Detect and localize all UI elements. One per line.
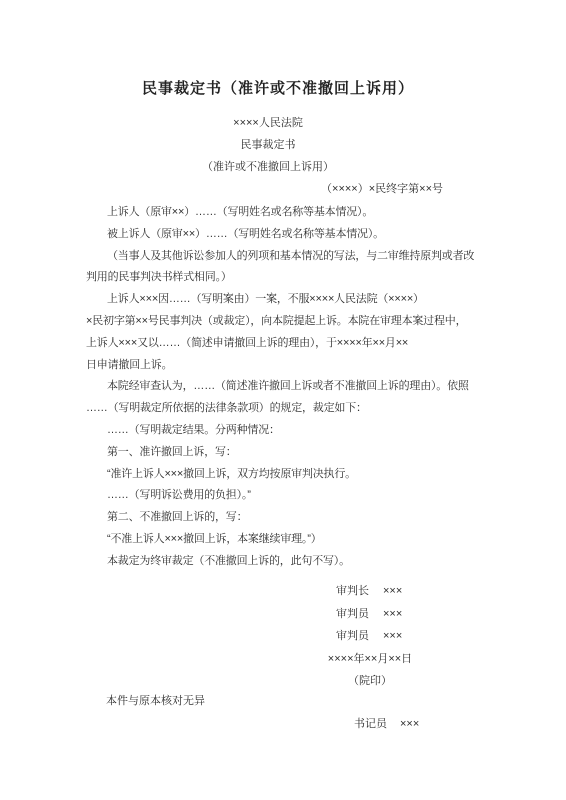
body-line: “准许上诉人×××撤回上诉，双方均按原审判决执行。 bbox=[86, 464, 476, 486]
body-line: 日申请撤回上诉。 bbox=[86, 355, 476, 377]
presiding-judge-label: 审判长 bbox=[336, 585, 369, 597]
body-line: “不准上诉人×××撤回上诉，本案继续审理。”） bbox=[86, 529, 476, 551]
body-line: 第二、不准撤回上诉的，写： bbox=[86, 507, 476, 529]
body-line: 本裁定为终审裁定（不准撤回上诉的，此句不写）。 bbox=[86, 551, 476, 573]
judge-label: 审判员 bbox=[336, 630, 369, 642]
body-line: 判用的民事判决书样式相同。） bbox=[86, 267, 476, 289]
document-title: 民事裁定书（准许或不准撤回上诉用） bbox=[86, 77, 470, 98]
body-line: 被上诉人（原审××）……（写明姓名或名称等基本情况）。 bbox=[86, 224, 476, 246]
date-line: ××××年××月××日 bbox=[317, 652, 423, 666]
body-line: ……（写明裁定结果。分两种情况： bbox=[86, 420, 476, 442]
body-line: （当事人及其他诉讼参加人的列项和基本情况的写法，与二审维持原判或者改 bbox=[86, 246, 476, 268]
body-line: 上诉人（原审××）……（写明姓名或名称等基本情况）。 bbox=[86, 202, 476, 224]
presiding-judge-name: ××× bbox=[383, 585, 402, 597]
judge-row: 审判员××× bbox=[336, 629, 402, 643]
usage-note: （准许或不准撤回上诉用） bbox=[86, 156, 450, 178]
clerk-name: ××× bbox=[400, 718, 419, 730]
document-type: 民事裁定书 bbox=[86, 134, 450, 156]
court-name: ××××人民法院 bbox=[86, 112, 450, 134]
judge-name: ××× bbox=[383, 630, 402, 642]
judge-label: 审判员 bbox=[336, 608, 369, 620]
judge-row: 审判员××× bbox=[336, 607, 402, 621]
body-line: 本院经审查认为，……（简述准许撤回上诉或者不准撤回上诉的理由）。依照 bbox=[86, 376, 476, 398]
document-page: 民事裁定书（准许或不准撤回上诉用） ××××人民法院 民事裁定书 （准许或不准撤… bbox=[0, 0, 566, 800]
document-body: 上诉人（原审××）……（写明姓名或名称等基本情况）。 被上诉人（原审××）……（… bbox=[86, 202, 476, 573]
clerk-label: 书记员 bbox=[354, 718, 387, 730]
body-line: ……（写明诉讼费用的负担）。” bbox=[86, 485, 476, 507]
body-line: 上诉人×××又以……（简述申请撤回上诉的理由），于××××年××月×× bbox=[86, 333, 476, 355]
court-seal-note: （院印） bbox=[317, 674, 423, 688]
body-line: ×民初字第××号民事判决（或裁定），向本院提起上诉。本院在审理本案过程中， bbox=[86, 311, 476, 333]
judge-name: ××× bbox=[383, 608, 402, 620]
body-line: ……（写明裁定所依据的法律条款项）的规定，裁定如下： bbox=[86, 398, 476, 420]
case-number: （××××）×民终字第××号 bbox=[86, 178, 450, 200]
body-line: 上诉人×××因……（写明案由）一案，不服××××人民法院（××××） bbox=[86, 289, 476, 311]
verification-note: 本件与原本核对无异 bbox=[106, 694, 205, 708]
presiding-judge-row: 审判长××× bbox=[336, 584, 402, 598]
body-line: 第一、准许撤回上诉，写： bbox=[86, 442, 476, 464]
clerk-row: 书记员××× bbox=[354, 717, 419, 731]
